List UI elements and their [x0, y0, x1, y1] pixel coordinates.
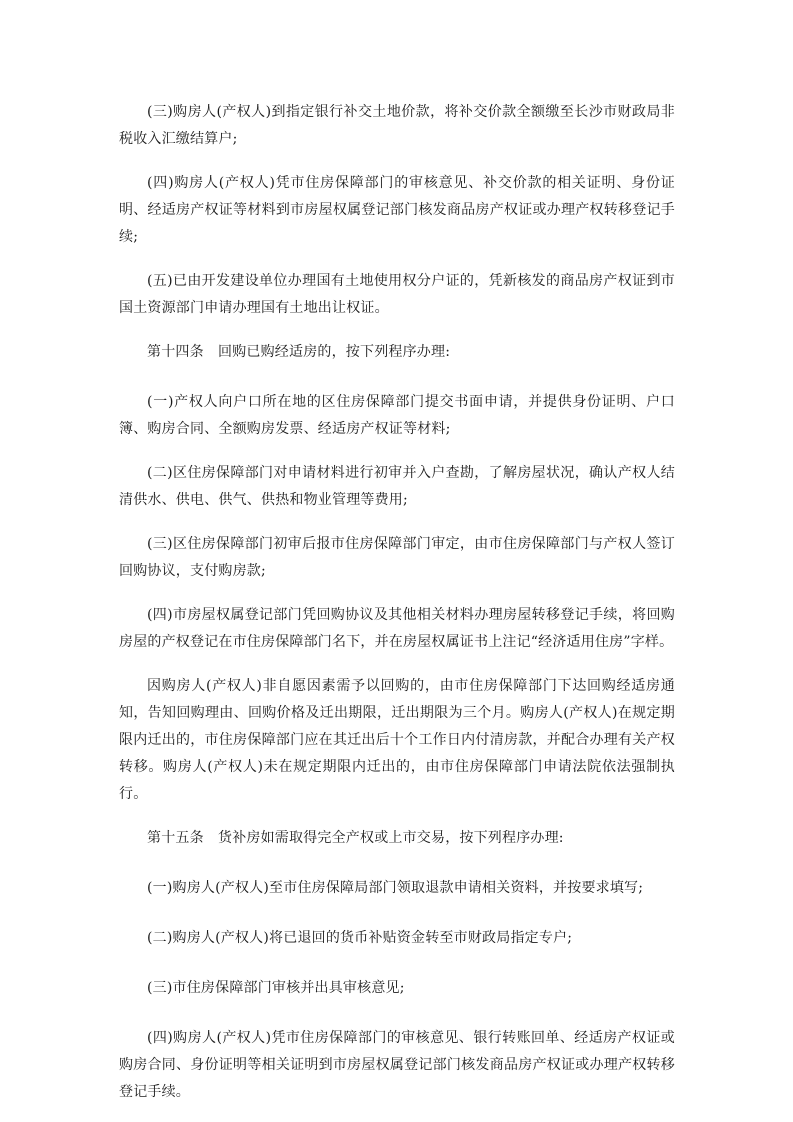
paragraph-art14-involuntary-buyback: 因购房人(产权人)非自愿因素需予以回购的，由市住房保障部门下达回购经适房通知，告…: [119, 673, 675, 808]
paragraph-art15-item-1: (一)购房人(产权人)至市住房保障局部门领取退款申请相关资料，并按要求填写;: [119, 875, 675, 902]
paragraph-art14-item-3: (三)区住房保障部门初审后报市住房保障部门审定，由市住房保障部门与产权人签订回购…: [119, 531, 675, 585]
paragraph-art14-item-1: (一)产权人向户口所在地的区住房保障部门提交书面申请，并提供身份证明、户口簿、购…: [119, 389, 675, 443]
paragraph-art14-item-4: (四)市房屋权属登记部门凭回购协议及其他相关材料办理房屋转移登记手续，将回购房屋…: [119, 602, 675, 656]
paragraph-clause-3-land-payment: (三)购房人(产权人)到指定银行补交土地价款，将补交价款全额缴至长沙市财政局非税…: [119, 99, 675, 153]
paragraph-art15-item-2: (二)购房人(产权人)将已退回的货币补贴资金转至市财政局指定专户;: [119, 925, 675, 952]
document-page: (三)购房人(产权人)到指定银行补交土地价款，将补交价款全额缴至长沙市财政局非税…: [119, 99, 675, 1122]
article-15-heading: 第十五条 货补房如需取得完全产权或上市交易，按下列程序办理:: [119, 825, 675, 852]
paragraph-clause-4-certificate: (四)购房人(产权人)凭市住房保障部门的审核意见、补交价款的相关证明、身份证明、…: [119, 170, 675, 251]
paragraph-art15-item-3: (三)市住房保障部门审核并出具审核意见;: [119, 975, 675, 1002]
paragraph-art15-item-4: (四)购房人(产权人)凭市住房保障部门的审核意见、银行转账回单、经适房产权证或购…: [119, 1025, 675, 1106]
article-14-heading: 第十四条 回购已购经适房的，按下列程序办理:: [119, 339, 675, 366]
paragraph-art14-item-2: (二)区住房保障部门对申请材料进行初审并入户查勘，了解房屋状况，确认产权人结清供…: [119, 460, 675, 514]
paragraph-clause-5-land-certificate: (五)已由开发建设单位办理国有土地使用权分户证的，凭新核发的商品房产权证到市国土…: [119, 268, 675, 322]
